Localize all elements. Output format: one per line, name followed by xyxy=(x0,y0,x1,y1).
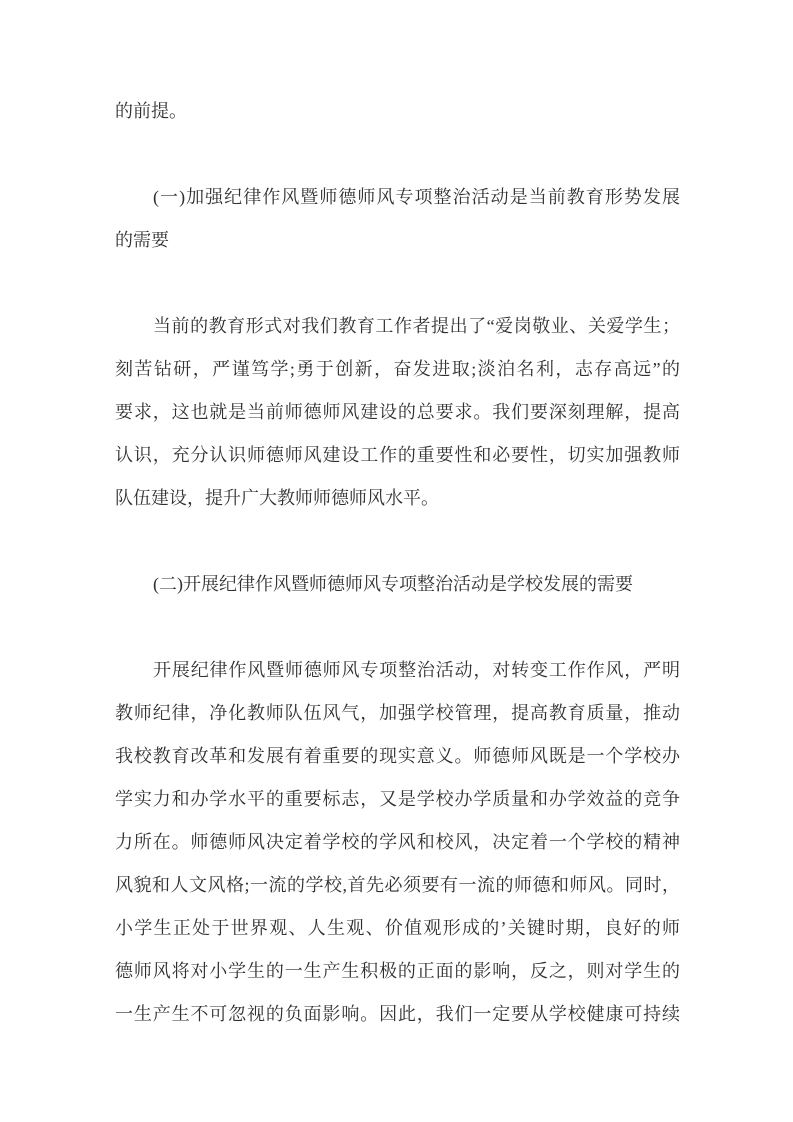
text-line: 我校教育改革和发展有着重要的现实意义。师德师风既是一个学校办 xyxy=(115,735,680,778)
text-line: (一)加强纪律作风暨师德师风专项整治活动是当前教育形势发展 xyxy=(115,176,680,219)
text-line: (二)开展纪律作风暨师德师风专项整治活动是学校发展的需要 xyxy=(115,563,680,606)
section-heading: (二)开展纪律作风暨师德师风专项整治活动是学校发展的需要 xyxy=(115,563,680,606)
text-line: 风貌和人文风格;一流的学校,首先必须要有一流的师德和师风。同时， xyxy=(115,864,680,907)
paragraph: 的前提。 xyxy=(115,90,680,133)
text-line: 教师纪律，净化教师队伍风气，加强学校管理，提高教育质量，推动 xyxy=(115,692,680,735)
document-body: 的前提。(一)加强纪律作风暨师德师风专项整治活动是当前教育形势发展的需要当前的教… xyxy=(0,0,793,1036)
text-line: 要求，这也就是当前师德师风建设的总要求。我们要深刻理解，提高 xyxy=(115,391,680,434)
paragraph: 当前的教育形式对我们教育工作者提出了“爱岗敬业、关爱学生；刻苦钻研，严谨笃学;勇… xyxy=(115,305,680,520)
text-line: 刻苦钻研，严谨笃学;勇于创新，奋发进取;淡泊名利，志存高远”的 xyxy=(115,348,680,391)
text-line: 队伍建设，提升广大教师师德师风水平。 xyxy=(115,477,680,520)
text-line: 小学生正处于世界观、人生观、价值观形成的’关键时期，良好的师 xyxy=(115,907,680,950)
text-line: 的前提。 xyxy=(115,90,680,133)
text-line: 开展纪律作风暨师德师风专项整治活动，对转变工作作风，严明 xyxy=(115,649,680,692)
document-page: 的前提。(一)加强纪律作风暨师德师风专项整治活动是当前教育形势发展的需要当前的教… xyxy=(0,0,793,1122)
text-line: 德师风将对小学生的一生产生积极的正面的影响，反之，则对学生的 xyxy=(115,950,680,993)
text-line: 当前的教育形式对我们教育工作者提出了“爱岗敬业、关爱学生； xyxy=(115,305,680,348)
text-line: 认识，充分认识师德师风建设工作的重要性和必要性，切实加强教师 xyxy=(115,434,680,477)
paragraph: 开展纪律作风暨师德师风专项整治活动，对转变工作作风，严明教师纪律，净化教师队伍风… xyxy=(115,649,680,1036)
section-heading: (一)加强纪律作风暨师德师风专项整治活动是当前教育形势发展的需要 xyxy=(115,176,680,262)
text-line: 的需要 xyxy=(115,219,680,262)
text-line: 一生产生不可忽视的负面影响。因此，我们一定要从学校健康可持续 xyxy=(115,993,680,1036)
text-line: 力所在。师德师风决定着学校的学风和校风，决定着一个学校的精神 xyxy=(115,821,680,864)
text-line: 学实力和办学水平的重要标志，又是学校办学质量和办学效益的竞争 xyxy=(115,778,680,821)
